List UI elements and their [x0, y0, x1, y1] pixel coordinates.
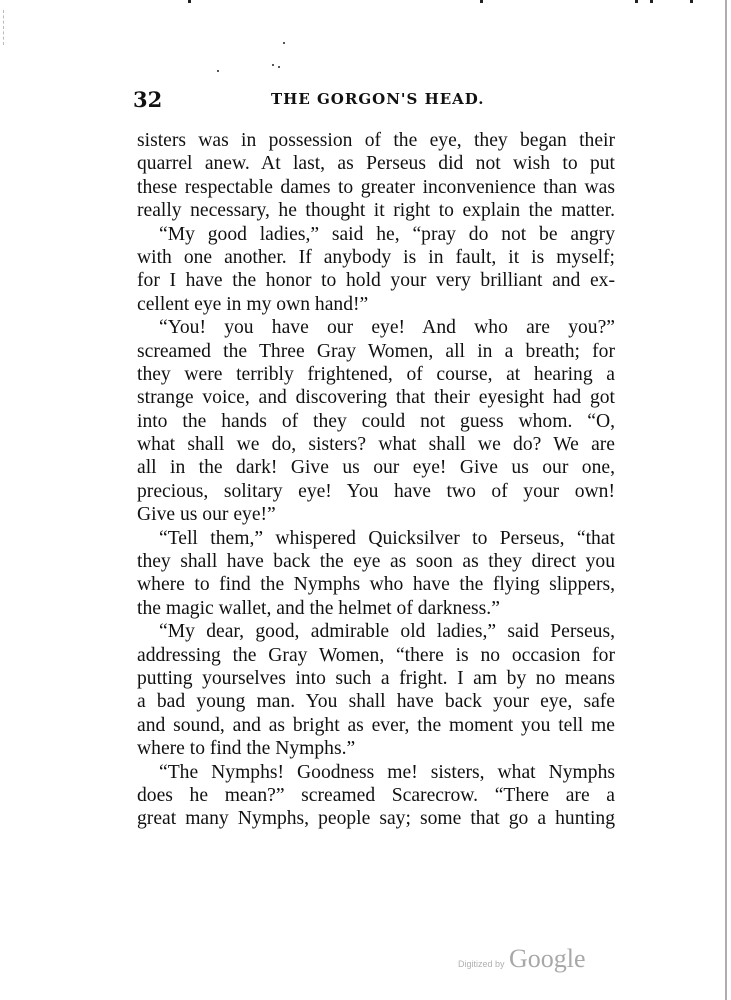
text-line: does he mean?” screamed Scarecrow. “Ther…: [137, 784, 615, 807]
text-line: cellent eye in my own hand!”: [137, 293, 615, 316]
text-line: what shall we do, sisters? what shall we…: [137, 433, 615, 456]
text-line: screamed the Three Gray Women, all in a …: [137, 340, 615, 363]
text-line: “You! you have our eye! And who are you?…: [137, 316, 615, 339]
text-line: addressing the Gray Women, “there is no …: [137, 644, 615, 667]
digitized-by-google-watermark: Digitized by Google: [458, 944, 586, 974]
text-line: really necessary, he thought it right to…: [137, 199, 615, 222]
text-line: quarrel anew. At last, as Perseus did no…: [137, 152, 615, 175]
text-line: precious, solitary eye! You have two of …: [137, 480, 615, 503]
text-line: for I have the honor to hold your very b…: [137, 269, 615, 292]
body-text: sisters was in possession of the eye, th…: [137, 129, 615, 831]
text-line: Give us our eye!”: [137, 503, 615, 526]
text-line: where to find the Nymphs who have the fl…: [137, 573, 615, 596]
text-line: “My good ladies,” said he, “pray do not …: [137, 223, 615, 246]
text-line: sisters was in possession of the eye, th…: [137, 129, 615, 152]
running-head: THE GORGON'S HEAD.: [271, 90, 485, 108]
page-header: 32 THE GORGON'S HEAD.: [133, 87, 618, 113]
top-edge-artifacts: [180, 0, 725, 3]
text-line: these respectable dames to greater incon…: [137, 176, 615, 199]
text-line: they were terribly frightened, of course…: [137, 363, 615, 386]
text-line: and sound, and as bright as ever, the mo…: [137, 714, 615, 737]
text-line: “Tell them,” whispered Quicksilver to Pe…: [137, 527, 615, 550]
text-line: great many Nymphs, people say; some that…: [137, 807, 615, 830]
text-line: with one another. If anybody is in fault…: [137, 246, 615, 269]
text-line: a bad young man. You shall have back you…: [137, 690, 615, 713]
text-line: they shall have back the eye as soon as …: [137, 550, 615, 573]
text-line: into the hands of they could not guess w…: [137, 410, 615, 433]
text-line: all in the dark! Give us our eye! Give u…: [137, 456, 615, 479]
watermark-prefix: Digitized by: [458, 959, 505, 969]
text-line: putting yourselves into such a fright. I…: [137, 667, 615, 690]
left-margin-artifact: [3, 10, 5, 45]
text-line: “The Nymphs! Goodness me! sisters, what …: [137, 761, 615, 784]
text-line: strange voice, and discovering that thei…: [137, 386, 615, 409]
google-logo-text: Google: [509, 944, 586, 973]
text-line: where to find the Nymphs.”: [137, 737, 615, 760]
page-number: 32: [133, 87, 162, 112]
text-line: “My dear, good, admirable old ladies,” s…: [137, 620, 615, 643]
scanned-book-page: 32 THE GORGON'S HEAD. sisters was in pos…: [0, 0, 731, 1000]
page-edge-line: [725, 0, 727, 1000]
text-line: the magic wallet, and the helmet of dark…: [137, 597, 615, 620]
